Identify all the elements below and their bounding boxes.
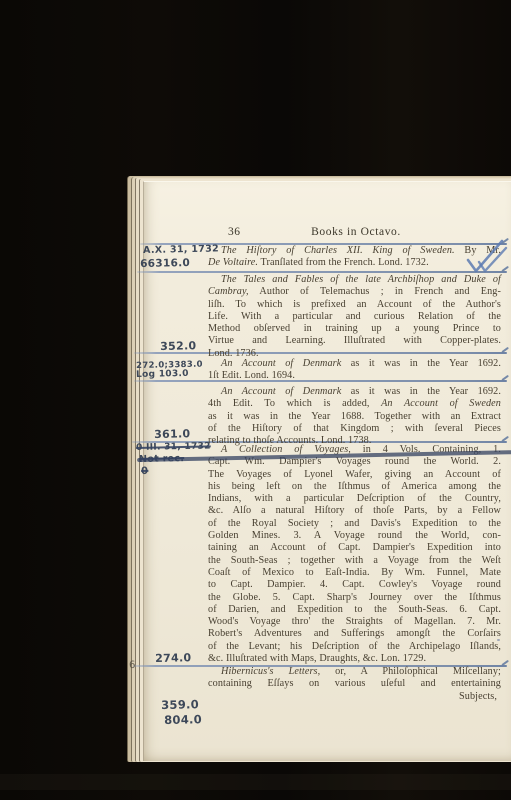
catalog-entry: The Hiſtory of Charles XII. King of Swed… [208,245,501,270]
entry-line: Wood's Voyage thro' the Straights of Mag… [208,616,501,628]
ink-rule [137,271,507,273]
entry-line: &c. Alſo a natural Hiſtory of thoſe Part… [208,505,501,517]
entry-line: the Globe. 5. Capt. Sharp's Journey over… [208,592,501,604]
entry-line: Indians, with a particular Deſcription o… [208,493,501,505]
bottom-note-price: 359.0 [161,697,199,712]
margin-note-log: Log 103.0 [136,369,189,380]
entry-line: taining an Account of Capt. Dampier's Ex… [208,542,501,554]
margin-note-price: 274.0 [155,651,192,665]
entry-line: the South-Seas ; together with a Voyage … [208,555,501,567]
entry-line: 4th Edit. To which is added, An Account … [208,398,501,410]
entry-line: of Darien, and Expedition to the South-S… [208,604,501,616]
entry-line: Virtue and Learning. Illuſtrated with Co… [208,335,501,347]
entry-line: An Account of Denmark as it was in the Y… [208,358,501,370]
checkmark-icon [466,238,510,285]
margin-note-shelfmark-struck: 0 III. 31, 1732 [136,441,211,453]
entry-line: of the Levant; his Deſcription of the Ar… [208,641,501,653]
margin-note-price: 352.0 [160,339,197,353]
entry-line: Coaſt of Mexico to Eaſt-India. By Wm. Fu… [208,567,501,579]
entry-line: Life. With a particular and curious Rela… [208,311,501,323]
page-number: 36 [228,226,241,238]
entry-line: 1ſt Edit. Lond. 1694. [208,370,501,382]
page-edge-mark: 6 [129,660,136,671]
entry-line: Method obſerved in training up a young P… [208,323,501,335]
margin-note-shelfmark: A.X. 31, 1732 [143,243,219,256]
entry-line: as it was in the Year 1688. Together wit… [208,411,501,423]
catalog-entry: An Account of Denmark as it was in the Y… [208,358,501,383]
entry-line: Robert's Adventures and Sufferings among… [208,628,501,640]
background-shadow-band [0,774,511,790]
margin-note-accession: 66316.0 [140,257,190,270]
entry-line: to Capt. Dampier. 4. Capt. Cowley's Voya… [208,579,501,591]
entry-line: The Hiſtory of Charles XII. King of Swed… [208,245,501,257]
margin-note-price: 361.0 [154,427,191,441]
entry-line: Cambray, Author of Telemachus ; in Frenc… [208,286,501,298]
entry-line: Hibernicus's Letters, or, A Philoſophica… [208,666,501,678]
entry-line: The Tales and Fables of the late Archbiſ… [208,274,501,286]
margin-note-zero-struck: 0 [141,466,148,477]
running-title: Books in Octavo. [293,226,419,238]
catalog-entry: Hibernicus's Letters, or, A Philoſophica… [208,666,501,703]
entry-line: De Voltaire. Tranſlated from the French.… [208,257,501,269]
entry-line: The Voyages of Lyonel Wafer, giving an A… [208,469,501,481]
entry-line: of the Royal Society ; and Davis's Exped… [208,518,501,530]
book-scan-photo: 36 Books in Octavo. The Hiſtory of Charl… [0,0,511,800]
entry-line: Golden Mines. 3. A Voyage round the Worl… [208,530,501,542]
entry-line: his being left on the Iſthmus of America… [208,481,501,493]
ink-speck [497,639,500,641]
catalog-entry: The Tales and Fables of the late Archbiſ… [208,274,501,360]
catalog-entry: A Collection of Voyages, in 4 Vols. Cont… [208,444,501,665]
entry-line: containing Eſſays on various uſeful and … [208,678,501,690]
entry-line: An Account of Denmark as it was in the Y… [208,386,501,398]
entry-line: of the Hiſtory of that Kingdom ; with ſe… [208,423,501,435]
entry-line: Subjects, [208,691,501,703]
catalog-entry: An Account of Denmark as it was in the Y… [208,386,501,447]
bottom-note-price: 804.0 [164,712,202,727]
entry-line: liſh. To which is prefixed an Account of… [208,299,501,311]
entry-line: &c. Illuſtrated with Maps, Draughts, &c.… [208,653,501,665]
